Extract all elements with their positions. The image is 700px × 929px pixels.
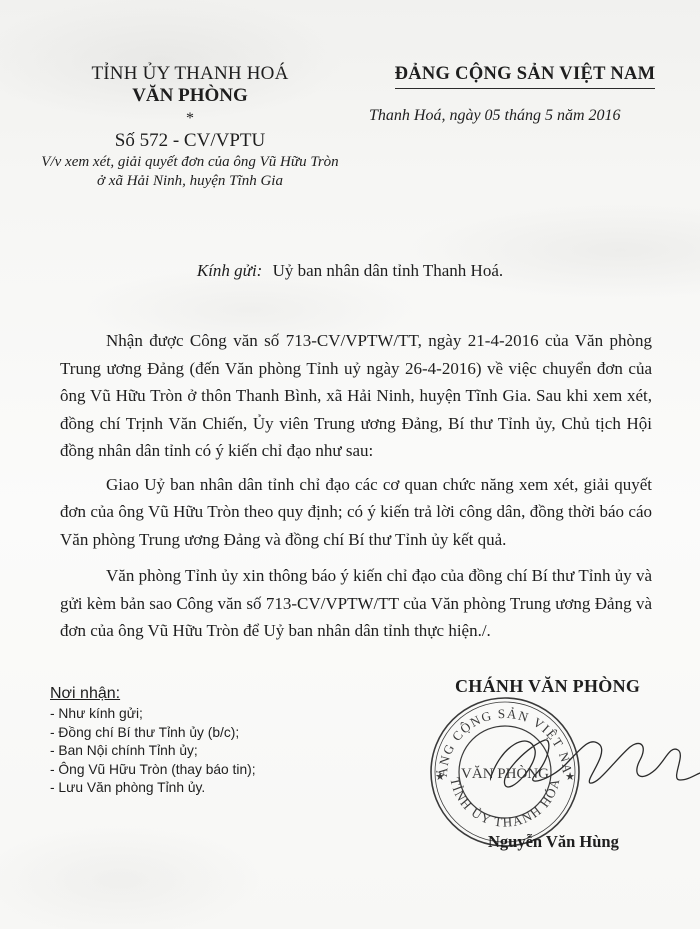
recipient-label: Kính gửi:: [197, 261, 262, 280]
letter-body: Nhận được Công văn số 713-CV/VPTW/TT, ng…: [60, 327, 652, 654]
body-paragraph: Nhận được Công văn số 713-CV/VPTW/TT, ng…: [60, 327, 652, 465]
recipient-line: Kính gửi: Uỷ ban nhân dân tỉnh Thanh Hoá…: [0, 261, 700, 281]
office-name: VĂN PHÒNG: [40, 85, 340, 107]
distribution-item: - Lưu Văn phòng Tỉnh ủy.: [50, 779, 256, 798]
recipient-name: Uỷ ban nhân dân tỉnh Thanh Hoá.: [273, 261, 504, 280]
separator-star: *: [40, 109, 340, 129]
signatory-position: CHÁNH VĂN PHÒNG: [455, 676, 640, 697]
distribution-title: Nơi nhận:: [50, 684, 256, 704]
party-header-block: ĐẢNG CỘNG SẢN VIỆT NAM Thanh Hoá, ngày 0…: [365, 62, 685, 125]
subject-line-2: ở xã Hải Ninh, huyện Tĩnh Gia: [40, 172, 340, 191]
subject-line-1: V/v xem xét, giải quyết đơn của ông Vũ H…: [40, 153, 340, 172]
issuing-authority-block: TỈNH ỦY THANH HOÁ VĂN PHÒNG * Số 572 - C…: [40, 62, 340, 191]
place-and-date: Thanh Hoá, ngày 05 tháng 5 năm 2016: [365, 107, 685, 125]
distribution-item: - Ông Vũ Hữu Tròn (thay báo tin);: [50, 761, 256, 780]
organization-name: TỈNH ỦY THANH HOÁ: [40, 62, 340, 85]
signatory-name: Nguyễn Văn Hùng: [488, 832, 619, 852]
distribution-item: - Đồng chí Bí thư Tỉnh ủy (b/c);: [50, 724, 256, 743]
handwritten-signature-icon: [490, 725, 700, 805]
distribution-item: - Như kính gửi;: [50, 705, 256, 724]
body-paragraph: Văn phòng Tỉnh ủy xin thông báo ý kiến c…: [60, 562, 652, 645]
distribution-item: - Ban Nội chính Tỉnh ủy;: [50, 742, 256, 761]
party-name: ĐẢNG CỘNG SẢN VIỆT NAM: [395, 62, 656, 89]
distribution-list: Nơi nhận: - Như kính gửi; - Đồng chí Bí …: [50, 684, 256, 798]
seal-star-left: ★: [435, 771, 445, 783]
document-number: Số 572 - CV/VPTU: [40, 129, 340, 153]
body-paragraph: Giao Uỷ ban nhân dân tỉnh chỉ đạo các cơ…: [60, 471, 652, 554]
